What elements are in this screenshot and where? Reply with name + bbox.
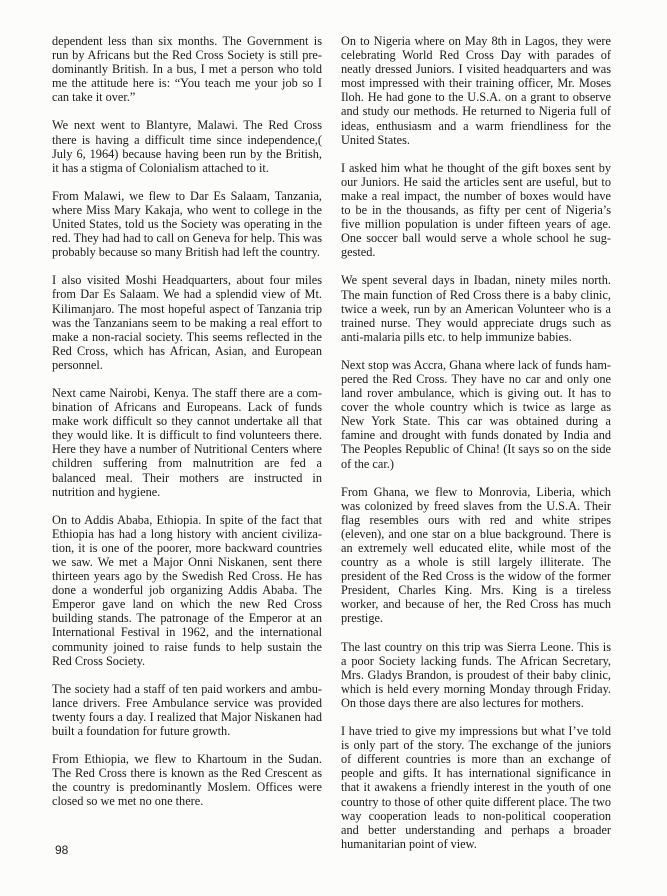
paragraph-ethiopia: On to Addis Ababa, Ethiopia. In spite of…: [52, 513, 322, 668]
paragraph-ibadan: We spent several days in Ibadan, ninety …: [341, 273, 611, 343]
paragraph-liberia: From Ghana, we flew to Monrovia, Liberia…: [341, 485, 611, 626]
paragraph-malawi: We next went to Blantyre, Malawi. The Re…: [52, 118, 322, 174]
paragraph-tanzania-dar-es-salaam: From Malawi, we flew to Dar Es Salaam, T…: [52, 189, 322, 259]
paragraph-sierra-leone: The last country on this trip was Sierra…: [341, 640, 611, 710]
paragraph-nigeria: On to Nigeria where on May 8th in Lagos,…: [341, 34, 611, 147]
right-column: On to Nigeria where on May 8th in Lagos,…: [341, 34, 611, 865]
paragraph-kenya: Next came Nairobi, Kenya. The staff ther…: [52, 386, 322, 499]
document-page: dependent less than six months. The Gove…: [0, 0, 667, 896]
paragraph-uganda-continued: dependent less than six months. The Gove…: [52, 34, 322, 104]
paragraph-ghana: Next stop was Accra, Ghana where lack of…: [341, 358, 611, 471]
paragraph-tanzania-moshi: I also visited Moshi Headquarters, about…: [52, 273, 322, 372]
paragraph-gift-boxes: I asked him what he thought of the gift …: [341, 161, 611, 260]
left-column: dependent less than six months. The Gove…: [52, 34, 322, 823]
page-number: 98: [55, 843, 68, 857]
paragraph-ethiopia-staff: The society had a staff of ten paid work…: [52, 682, 322, 738]
paragraph-sudan: From Ethiopia, we flew to Khartoum in th…: [52, 752, 322, 808]
paragraph-conclusion: I have tried to give my impressions but …: [341, 724, 611, 851]
